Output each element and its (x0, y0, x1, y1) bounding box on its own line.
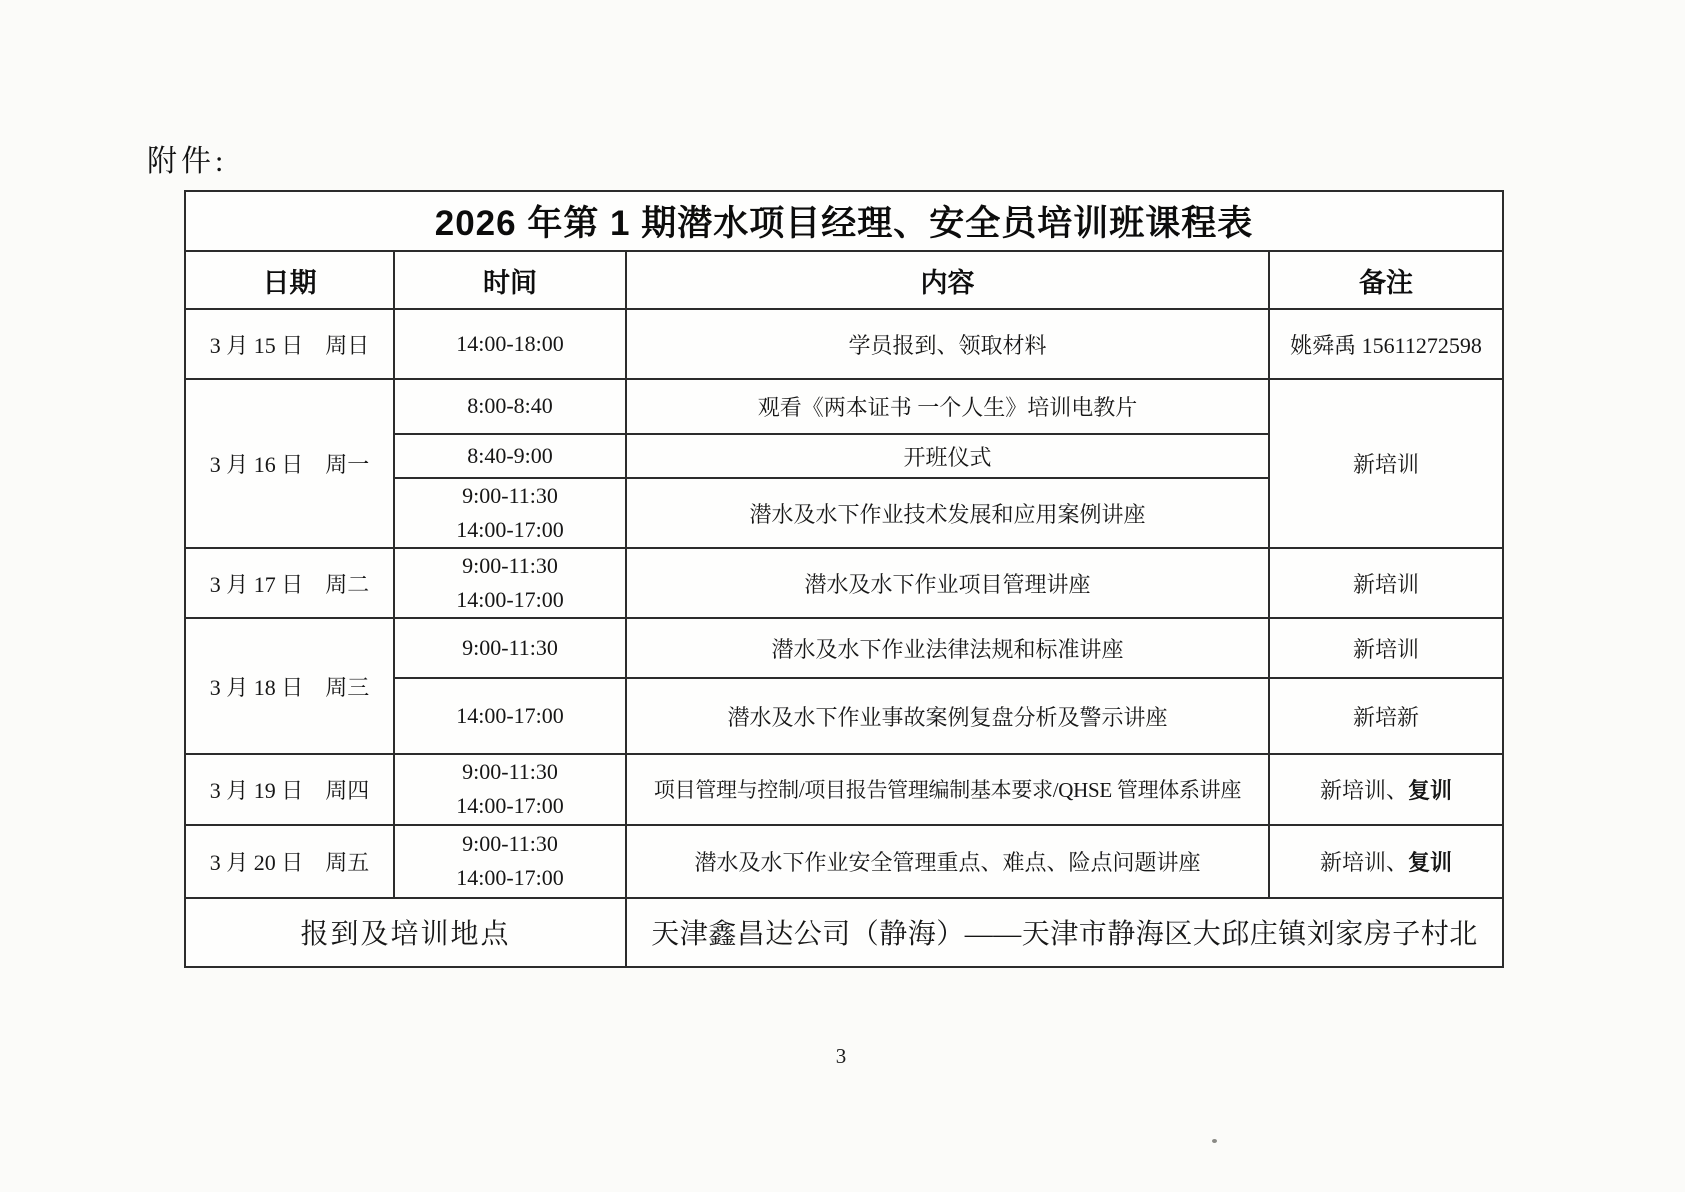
content-cell: 观看《两本证书 一个人生》培训电教片 (626, 379, 1269, 434)
content-cell: 学员报到、领取材料 (626, 309, 1269, 379)
content-cell: 潜水及水下作业安全管理重点、难点、险点问题讲座 (626, 825, 1269, 898)
content-cell: 潜水及水下作业技术发展和应用案例讲座 (626, 478, 1269, 548)
remark-cell: 新培训 (1269, 548, 1503, 618)
date-cell: 3 月 16 日 周一 (185, 379, 394, 548)
table-row: 3 月 17 日 周二 9:00-11:30 14:00-17:00 潜水及水下… (185, 548, 1503, 618)
time-cell: 9:00-11:30 (394, 618, 626, 678)
content-cell: 潜水及水下作业项目管理讲座 (626, 548, 1269, 618)
table-row: 3 月 19 日 周四 9:00-11:30 14:00-17:00 项目管理与… (185, 754, 1503, 824)
content-cell: 项目管理与控制/项目报告管理编制基本要求/QHSE 管理体系讲座 (626, 754, 1269, 824)
schedule-table: 2026 年第 1 期潜水项目经理、安全员培训班课程表 日期 时间 内容 备注 … (184, 190, 1504, 968)
column-header-content: 内容 (626, 251, 1269, 309)
table-row: 报到及培训地点 天津鑫昌达公司（静海）——天津市静海区大邱庄镇刘家房子村北 (185, 898, 1503, 967)
column-header-time: 时间 (394, 251, 626, 309)
time-cell: 8:00-8:40 (394, 379, 626, 434)
table-row: 3 月 15 日 周日 14:00-18:00 学员报到、领取材料 姚舜禹 15… (185, 309, 1503, 379)
table-title: 2026 年第 1 期潜水项目经理、安全员培训班课程表 (185, 191, 1503, 251)
date-cell: 3 月 19 日 周四 (185, 754, 394, 824)
footer-value-cell: 天津鑫昌达公司（静海）——天津市静海区大邱庄镇刘家房子村北 (626, 898, 1503, 967)
remark-cell: 新培训 (1269, 618, 1503, 678)
content-cell: 潜水及水下作业事故案例复盘分析及警示讲座 (626, 678, 1269, 754)
content-cell: 潜水及水下作业法律法规和标准讲座 (626, 618, 1269, 678)
page-number: 3 (826, 1044, 856, 1069)
remark-text: 新培训、 (1320, 850, 1408, 875)
remark-bold-text: 复训 (1408, 778, 1452, 803)
content-cell: 开班仪式 (626, 434, 1269, 478)
schedule-table-container: 2026 年第 1 期潜水项目经理、安全员培训班课程表 日期 时间 内容 备注 … (184, 190, 1504, 968)
date-cell: 3 月 15 日 周日 (185, 309, 394, 379)
time-cell: 8:40-9:00 (394, 434, 626, 478)
remark-cell: 新培训、复训 (1269, 754, 1503, 824)
remark-cell: 新培新 (1269, 678, 1503, 754)
time-cell: 9:00-11:30 14:00-17:00 (394, 478, 626, 548)
time-cell: 9:00-11:30 14:00-17:00 (394, 754, 626, 824)
remark-cell: 新培训 (1269, 379, 1503, 548)
remark-cell: 姚舜禹 15611272598 (1269, 309, 1503, 379)
attachment-label: 附件: (147, 136, 227, 180)
date-cell: 3 月 17 日 周二 (185, 548, 394, 618)
footer-label-cell: 报到及培训地点 (185, 898, 626, 967)
time-cell: 9:00-11:30 14:00-17:00 (394, 548, 626, 618)
date-cell: 3 月 20 日 周五 (185, 825, 394, 898)
table-row: 3 月 20 日 周五 9:00-11:30 14:00-17:00 潜水及水下… (185, 825, 1503, 898)
remark-bold-text: 复训 (1408, 850, 1452, 875)
date-cell: 3 月 18 日 周三 (185, 618, 394, 754)
table-row: 3 月 16 日 周一 8:00-8:40 观看《两本证书 一个人生》培训电教片… (185, 379, 1503, 434)
remark-cell: 新培训、复训 (1269, 825, 1503, 898)
column-header-date: 日期 (185, 251, 394, 309)
time-cell: 14:00-17:00 (394, 678, 626, 754)
scan-artifact-dot (1212, 1139, 1217, 1143)
column-header-remark: 备注 (1269, 251, 1503, 309)
time-cell: 9:00-11:30 14:00-17:00 (394, 825, 626, 898)
table-row: 3 月 18 日 周三 9:00-11:30 潜水及水下作业法律法规和标准讲座 … (185, 618, 1503, 678)
time-cell: 14:00-18:00 (394, 309, 626, 379)
remark-text: 新培训、 (1320, 778, 1408, 803)
